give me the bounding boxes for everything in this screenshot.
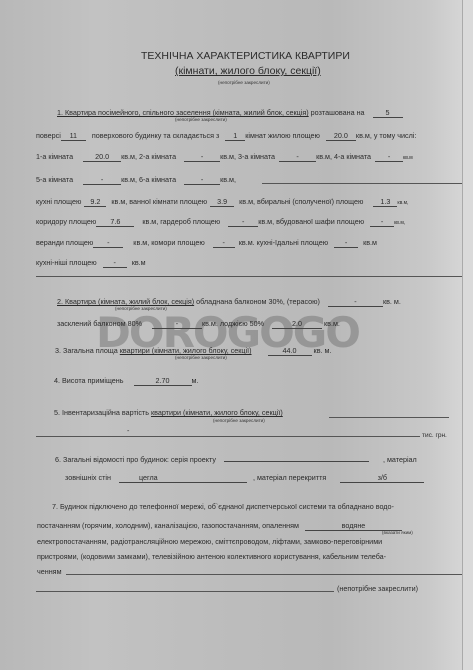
- section-7-end-note: (непотрібне закреслити): [337, 584, 418, 593]
- niche-label: кухні-ніші площею: [36, 258, 97, 267]
- s2-balcony-label: обладнана балконом 30%, (терасою): [194, 297, 320, 306]
- section-1-line-1: 1. Квартира посімейного, спільного засел…: [57, 108, 403, 118]
- loggia-label: кв.м. лоджією 50%: [202, 319, 264, 328]
- room1-field: 20.0: [83, 153, 121, 162]
- document-title: ТЕХНІЧНА ХАРАКТЕРИСТИКА КВАРТИРИ: [141, 52, 350, 61]
- s1-located-label: розташована на: [309, 108, 365, 117]
- loggia-unit: кв.м.: [324, 319, 340, 328]
- heating-note: (вказати яким): [382, 530, 413, 535]
- living-area-label: кв.м, у тому числі:: [356, 131, 416, 140]
- storeroom-label: кв.м, комори площею: [133, 238, 204, 247]
- closet-field: -: [370, 218, 394, 227]
- floor-label: поверсі: [36, 131, 61, 140]
- section-1-line-6: коридору площею7.6 кв.м, гардероб площею…: [36, 217, 405, 228]
- walls-value: цегла: [139, 473, 158, 482]
- section-1-end-rule: [36, 276, 462, 277]
- floors-label: , матеріал перекриття: [253, 473, 326, 482]
- toilet-field: 1.3: [373, 198, 397, 207]
- inventory-value-field: -: [127, 426, 129, 435]
- s1-strike-note: (непотрібне закреслити): [175, 117, 227, 122]
- height-label: 4. Висота приміщень: [54, 376, 124, 385]
- section-2-line-1: 2. Квартира (кімната, жилий блок, секція…: [57, 297, 401, 307]
- niche-field: -: [103, 259, 127, 268]
- s2-strike-note: (непотрібне закреслити): [115, 306, 167, 311]
- inventory-value-rule: [329, 417, 449, 418]
- section-7-line-4: пристроями, (кодовими замками), телевізі…: [37, 552, 386, 561]
- section-7-line-3: електропостачанням, радіотрансляційною м…: [37, 537, 382, 546]
- inventory-value-rule-2: [36, 436, 420, 437]
- total-area-label: 3. Загальна площа: [55, 346, 120, 355]
- total-area-field: 44.0: [268, 347, 312, 356]
- bath-field: 3.9: [210, 198, 234, 207]
- section-5-line: 5. Інвентаризаційна вартість квартири (к…: [54, 408, 283, 417]
- section-1-line-2: поверсі11 поверхового будинку та складає…: [36, 131, 416, 141]
- section-6-line-1: 6. Загальні відомості про будинок: серія…: [55, 455, 417, 464]
- room1-label: 1-а кімната: [36, 152, 73, 161]
- glazed-balcony-label: засклений балконом 80%: [57, 319, 142, 328]
- utilities-label: постачанням (горячим, холодним), каналіз…: [37, 521, 299, 530]
- dining-unit: кв.м: [363, 238, 377, 247]
- corridor-field: 7.6: [96, 218, 134, 227]
- inventory-value-label: 5. Інвентаризаційна вартість: [54, 408, 151, 417]
- floors-field: з/б: [340, 474, 424, 483]
- room6-field: -: [184, 176, 220, 185]
- section-4-line: 4. Висота приміщень 2.70м.: [54, 376, 198, 386]
- veranda-label: веранди площею: [36, 238, 93, 247]
- s3-apartment-type: квартири (кімнати, жилого блоку, секції): [120, 346, 252, 355]
- s5-strike-note: (непотрібне закреслити): [213, 418, 265, 423]
- storeroom-field: -: [213, 239, 235, 248]
- page-edge: [462, 0, 473, 670]
- walls-label: зовнішніх стін: [65, 473, 111, 482]
- bath-label: кв.м, ванної кімнати площею: [111, 197, 207, 206]
- section-7-line-1: 7. Будинок підключено до телефонної мере…: [52, 502, 394, 511]
- section-1-line-3: 1-а кімната 20.0кв.м, 2-а кімната -кв.м,…: [36, 152, 413, 163]
- blank-line: [262, 183, 462, 184]
- wardrobe-label: кв.м, гардероб площею: [142, 217, 220, 226]
- document-subtitle: (кімнати, жилого блоку, секції): [175, 67, 321, 76]
- niche-unit: кв.м: [132, 258, 146, 267]
- material-label: , матеріал: [383, 455, 417, 464]
- dining-field: -: [334, 239, 358, 248]
- section-7-line-5: ченням: [37, 567, 62, 576]
- veranda-field: -: [93, 239, 123, 248]
- kitchen-label: кухні площею: [36, 197, 81, 206]
- closet-unit: кв.м,: [394, 220, 405, 226]
- s5-apartment-type: квартири (кімнати, жилого блоку, секції): [151, 408, 283, 417]
- room6-unit: кв.м,: [220, 175, 236, 184]
- strike-note: (непотрібне закреслити): [218, 80, 270, 85]
- section-6-line-2: зовнішніх стін цегла , матеріал перекрит…: [65, 473, 424, 483]
- s2-apartment-type: 2. Квартира (кімната, жилий блок, секція…: [57, 297, 194, 306]
- section-1-line-4: 5-а кімната -кв.м, 6-а кімната -кв.м,: [36, 175, 236, 185]
- loggia-field: 2.0: [272, 320, 322, 329]
- section-2-line-2: засклений балконом 80% -кв.м. лоджією 50…: [57, 319, 340, 329]
- closet-label: кв.м, вбудованої шафи площею: [258, 217, 364, 226]
- section-7-rule-1: [66, 574, 462, 575]
- corridor-label: коридору площею: [36, 217, 96, 226]
- terrace-unit: кв. м.: [383, 297, 401, 306]
- room2-field: -: [184, 153, 220, 162]
- room2-label: кв.м, 2-а кімната: [121, 152, 176, 161]
- s1-apartment-type: 1. Квартира посімейного, спільного засел…: [57, 108, 309, 117]
- room4-field: -: [375, 153, 403, 162]
- floor-field: 5: [373, 109, 403, 118]
- height-unit: м.: [192, 376, 199, 385]
- room6-label: кв.м, 6-а кімната: [121, 175, 176, 184]
- room4-unit: кв.м: [403, 155, 413, 161]
- walls-field: цегла: [119, 474, 247, 483]
- series-label: 6. Загальні відомості про будинок: серія…: [55, 455, 216, 464]
- total-area-unit: кв. м.: [314, 346, 332, 355]
- room5-label: 5-а кімната: [36, 175, 73, 184]
- room3-label: кв.м, 3-а кімната: [220, 152, 275, 161]
- series-field: [224, 461, 369, 462]
- height-field: 2.70: [134, 377, 192, 386]
- storeys-label: поверхового будинку та складається з: [92, 131, 219, 140]
- s3-strike-note: (непотрібне закреслити): [175, 355, 227, 360]
- section-7-rule-2: [36, 591, 334, 592]
- kitchen-field: 9.2: [84, 198, 106, 207]
- toilet-label: кв.м, вбиральні (сполученої) площею: [239, 197, 363, 206]
- room3-field: -: [279, 153, 316, 162]
- wardrobe-field: -: [228, 218, 258, 227]
- living-area-field: 20.0: [326, 132, 356, 141]
- storeys-field: 11: [61, 132, 86, 141]
- rooms-label: кімнат жилою площею: [245, 131, 320, 140]
- section-1-line-7: веранди площею- кв.м, комори площею - кв…: [36, 238, 377, 248]
- toilet-unit: кв.м,: [397, 200, 408, 206]
- section-1-line-8: кухні-ніші площею - кв.м: [36, 258, 146, 268]
- section-1-line-5: кухні площею 9.2 кв.м, ванної кімнати пл…: [36, 197, 408, 208]
- terrace-field: -: [328, 298, 383, 307]
- dining-label: кв.м. кухні-їдальні площею: [239, 238, 328, 247]
- room5-field: -: [83, 176, 121, 185]
- inventory-value-unit: тис. грн.: [422, 431, 447, 440]
- room4-label: кв.м, 4-а кімната: [316, 152, 371, 161]
- rooms-field: 1: [225, 132, 245, 141]
- glazed-balcony-field: -: [152, 320, 202, 329]
- technical-characteristics-form: DOROGOGO ТЕХНІЧНА ХАРАКТЕРИСТИКА КВАРТИР…: [0, 0, 473, 670]
- section-7-line-2: постачанням (горячим, холодним), каналіз…: [37, 521, 402, 531]
